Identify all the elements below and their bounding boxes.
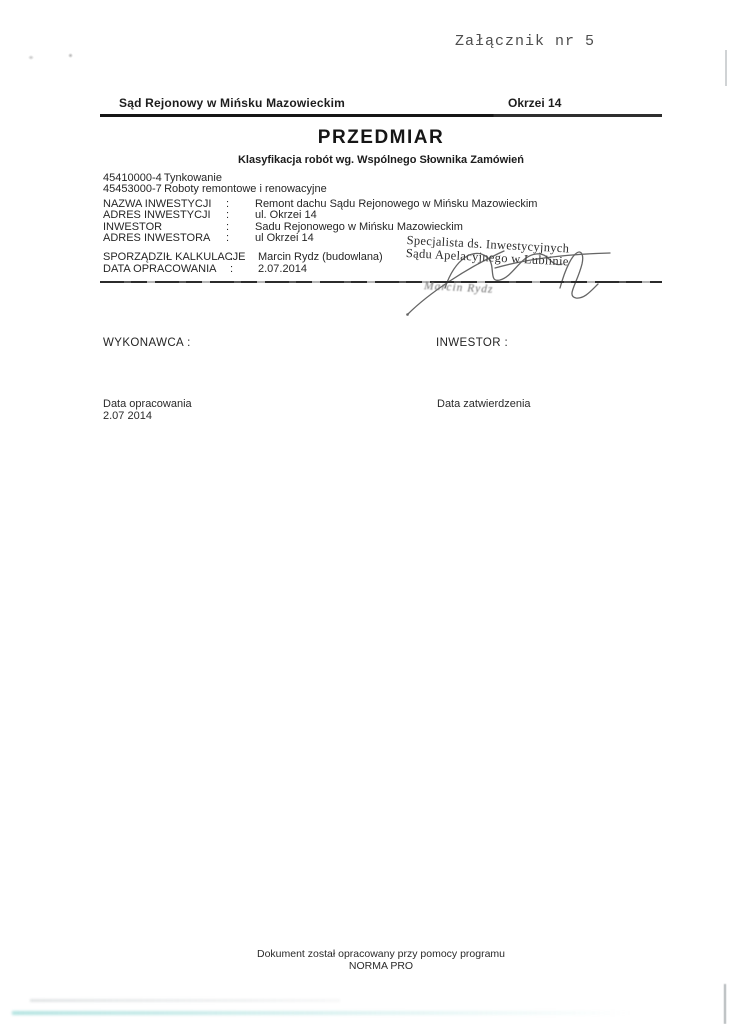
preparation-row: SPORZĄDZIŁ KALKULACJE:Marcin Rydz (budow… — [103, 251, 383, 263]
scan-edge-line — [724, 984, 726, 1024]
preparation-row: DATA OPRACOWANIA:2.07.2014 — [103, 263, 307, 275]
scan-speck — [68, 53, 73, 58]
date-prepared-label: Data opracowania — [103, 398, 192, 410]
header-rule — [100, 114, 662, 117]
field-value: Remont dachu Sądu Rejonowego w Mińsku Ma… — [255, 198, 537, 210]
field-label: SPORZĄDZIŁ KALKULACJE — [103, 251, 230, 263]
investor-label: INWESTOR : — [436, 337, 508, 349]
cpv-code: 45453000-7 — [103, 183, 161, 195]
header-address: Okrzei 14 — [508, 96, 561, 110]
scan-speck — [28, 55, 34, 60]
document-page: Załącznik nr 5 Sąd Rejonowy w Mińsku Maz… — [0, 0, 729, 1024]
footer: Dokument został opracowany przy pomocy p… — [100, 948, 662, 972]
investment-row: NAZWA INWESTYCJI:Remont dachu Sądu Rejon… — [103, 198, 537, 210]
scan-artifact-smear — [30, 999, 340, 1002]
footer-program-name: NORMA PRO — [100, 960, 662, 972]
date-approved-label: Data zatwierdzenia — [437, 398, 531, 410]
field-label: DATA OPRACOWANIA — [103, 263, 230, 275]
field-separator: : — [230, 263, 258, 275]
classification-code-row: 45410000-4 Tynkowanie — [103, 172, 222, 184]
section-divider-rule — [100, 281, 662, 283]
field-label: INWESTOR — [103, 221, 226, 233]
field-label: ADRES INWESTORA — [103, 232, 226, 244]
footer-program-note: Dokument został opracowany przy pomocy p… — [100, 948, 662, 960]
investment-row: ADRES INWESTORA:ul Okrzei 14 — [103, 232, 314, 244]
field-value: Marcin Rydz (budowlana) — [258, 251, 383, 263]
scan-edge-line — [725, 50, 727, 86]
field-value: ul. Okrzei 14 — [255, 209, 317, 221]
field-label: NAZWA INWESTYCJI — [103, 198, 226, 210]
field-separator: : — [230, 251, 258, 263]
field-value: ul Okrzei 14 — [255, 232, 314, 244]
attachment-label: Załącznik nr 5 — [455, 33, 595, 50]
scanned-document-content: Załącznik nr 5 Sąd Rejonowy w Mińsku Maz… — [0, 0, 729, 1024]
field-separator: : — [226, 209, 255, 221]
field-separator: : — [226, 221, 255, 233]
cpv-name: Tynkowanie — [164, 172, 222, 184]
classification-code-row: 45453000-7 Roboty remontowe i renowacyjn… — [103, 183, 327, 195]
scan-artifact-teal-line — [12, 1011, 632, 1015]
field-value: 2.07.2014 — [258, 263, 307, 275]
cpv-code: 45410000-4 — [103, 172, 161, 184]
cpv-name: Roboty remontowe i renowacyjne — [164, 183, 327, 195]
document-title: PRZEDMIAR — [100, 127, 662, 149]
field-separator: : — [226, 232, 255, 244]
field-separator: : — [226, 198, 255, 210]
investment-row: ADRES INWESTYCJI:ul. Okrzei 14 — [103, 209, 317, 221]
classification-heading: Klasyfikacja robót wg. Wspólnego Słownik… — [100, 154, 662, 166]
date-prepared-value: 2.07 2014 — [103, 410, 152, 422]
contractor-label: WYKONAWCA : — [103, 337, 191, 349]
field-label: ADRES INWESTYCJI — [103, 209, 226, 221]
header-court-name: Sąd Rejonowy w Mińsku Mazowieckim — [119, 96, 345, 110]
